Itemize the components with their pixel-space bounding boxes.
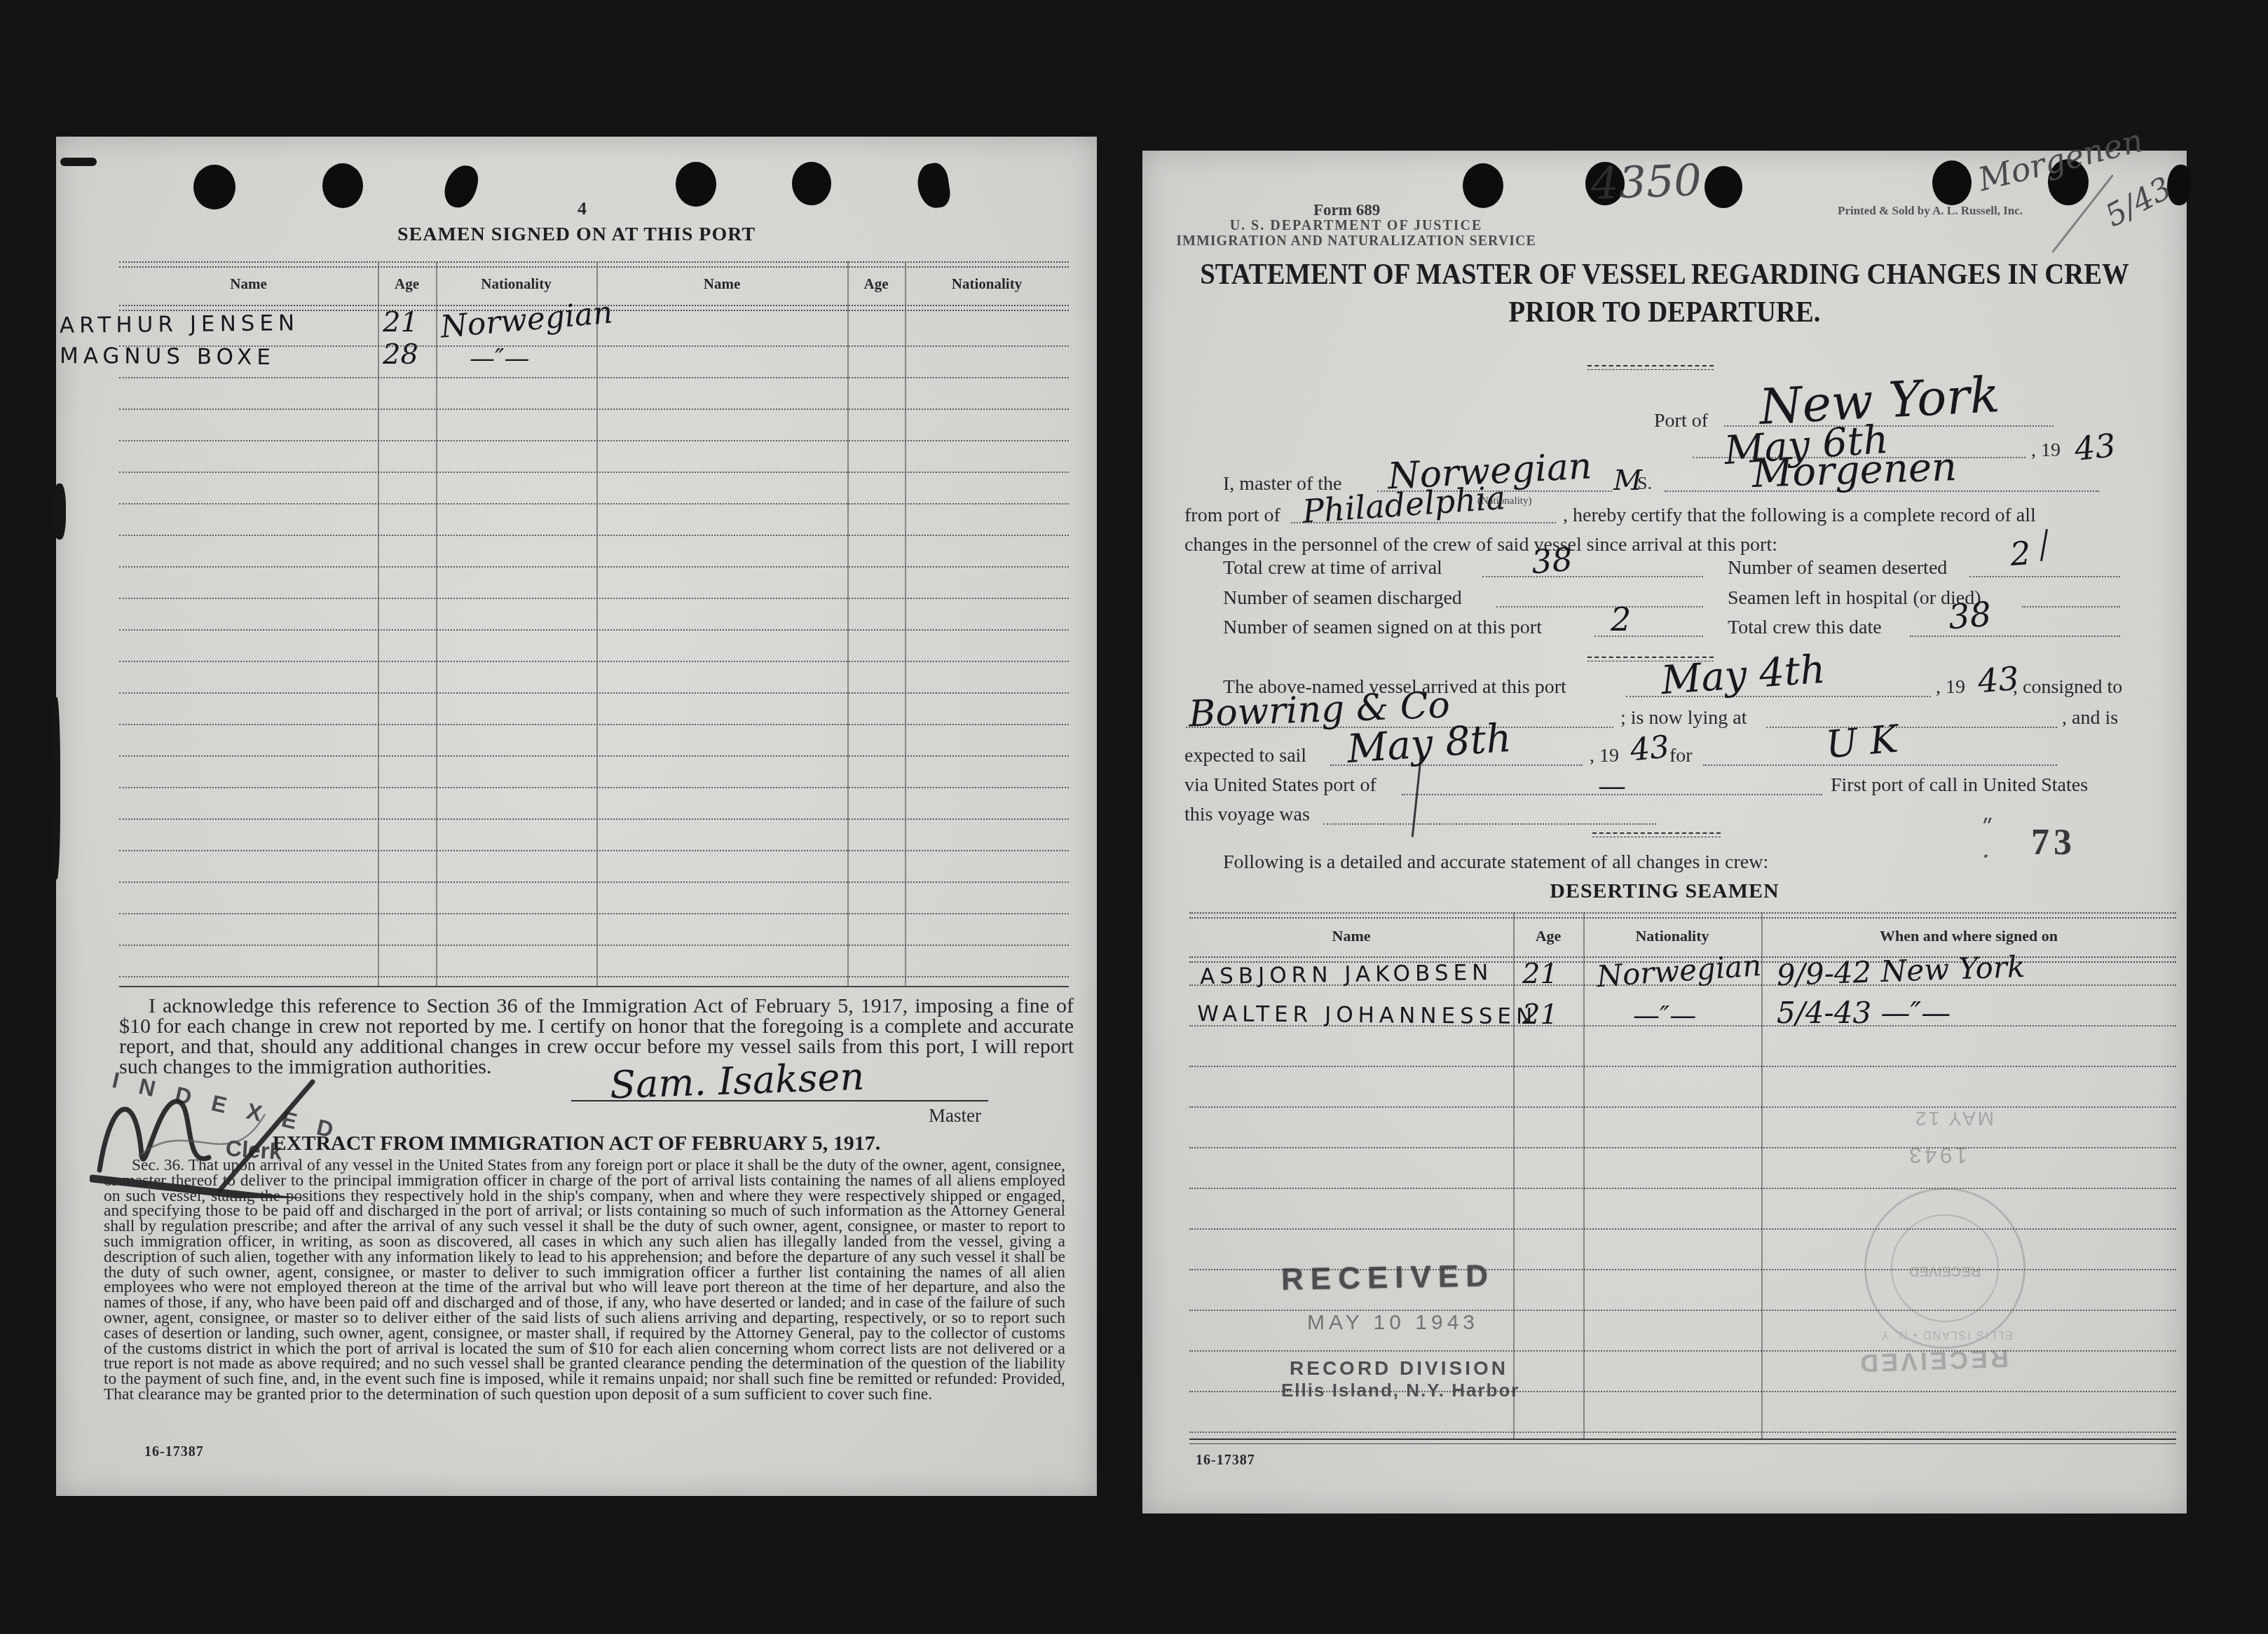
- stat-line: [1496, 606, 1703, 607]
- stat-label: Seamen left in hospital (or died): [1728, 587, 1981, 610]
- deserter-nationality: Norwegian: [1596, 948, 1763, 994]
- faint-stamp-month: MAY 12: [1913, 1107, 1994, 1130]
- scan-artifact: [60, 158, 97, 166]
- scan-artifact: [53, 483, 66, 540]
- received-stamp-line2: MAY 10 1943: [1307, 1311, 1479, 1335]
- column-header: Name: [119, 275, 378, 293]
- master-signature: Sam. Isaksen: [609, 1055, 865, 1108]
- stat-value: 2: [2009, 534, 2032, 573]
- port-label: Port of: [1654, 410, 1708, 432]
- empty-row-line: [1189, 1066, 2176, 1067]
- voyage-year-prefix: , 19: [1936, 676, 1965, 699]
- form-code: 16-17387: [144, 1444, 204, 1460]
- department-line1: U. S. DEPARTMENT OF JUSTICE: [1184, 218, 1528, 234]
- faint-stamp-center-text: RECEIVED: [1864, 1263, 2026, 1279]
- empty-row-line: [1189, 1432, 2176, 1433]
- punch-hole: [1463, 163, 1503, 208]
- crew-name: ARTHUR JENSEN: [60, 310, 300, 338]
- empty-row-line: [119, 755, 1069, 757]
- empty-row-line: [119, 661, 1069, 662]
- punch-hole: [1932, 160, 1972, 205]
- table-column-line: [1513, 912, 1515, 1439]
- first-port-label: First port of call in United States: [1831, 774, 2088, 797]
- sail-year-prefix: , 19: [1590, 745, 1619, 767]
- stat-line: [1969, 576, 2120, 577]
- empty-row-line: [119, 598, 1069, 599]
- destination-value: U K: [1824, 717, 1899, 767]
- voyage-consigned: , consigned to: [2013, 676, 2122, 699]
- faint-circular-stamp: ELLIS ISLAND • N. Y. RECEIVED: [1864, 1188, 2026, 1349]
- table-top-border: [119, 261, 1069, 268]
- empty-row-line: [119, 377, 1069, 378]
- punch-hole: [193, 165, 235, 210]
- left-page: 4 SEAMEN SIGNED ON AT THIS PORT Name Age…: [56, 137, 1097, 1496]
- signature-line: [571, 1100, 988, 1101]
- empty-row-line: [1189, 1188, 2176, 1189]
- empty-row-line: [119, 408, 1069, 410]
- empty-row-line: [1189, 1310, 2176, 1311]
- empty-row-line: [119, 692, 1069, 694]
- column-header: Nationality: [436, 275, 596, 293]
- column-header: Nationality: [905, 275, 1069, 293]
- column-header: Age: [847, 275, 905, 293]
- deserting-heading: DESERTING SEAMEN: [1550, 879, 1779, 903]
- vessel-value: Morgenen: [1751, 444, 1958, 497]
- empty-row-line: [1189, 1269, 2176, 1270]
- stat-label: Number of seamen deserted: [1728, 557, 1947, 579]
- empty-row-line: [119, 472, 1069, 473]
- and-is-label: , and is: [2062, 707, 2118, 729]
- table-column-line: [847, 261, 849, 987]
- via-port-value: —: [1598, 770, 1626, 802]
- empty-row-line: [1189, 1147, 2176, 1148]
- left-page-title: SEAMEN SIGNED ON AT THIS PORT: [397, 224, 756, 246]
- via-port-label: via United States port of: [1184, 774, 1376, 797]
- empty-row-line: [1189, 984, 2176, 986]
- table-top-border: [1189, 912, 2176, 919]
- ink-dots: ʺ·: [1982, 815, 1993, 871]
- handwritten-number: 4350: [1590, 154, 1702, 209]
- arrival-date-value: May 4th: [1660, 647, 1826, 703]
- table-column-line: [596, 261, 598, 987]
- column-header: Age: [1513, 927, 1583, 945]
- stat-value: 38: [1530, 540, 1574, 582]
- divider-rule: [1592, 832, 1721, 837]
- ship-prefix-printed: S.: [1637, 473, 1652, 494]
- punch-hole: [676, 162, 716, 207]
- certify-text: , hereby certify that the following is a…: [1563, 504, 2036, 527]
- stat-label: Number of seamen signed on at this port: [1223, 617, 1542, 639]
- stat-label: Total crew this date: [1728, 617, 1882, 639]
- stat-label: Number of seamen discharged: [1223, 587, 1462, 610]
- empty-row-line: [119, 503, 1069, 504]
- form-title-line2: PRIOR TO DEPARTURE.: [1509, 295, 1821, 329]
- empty-row-line: [119, 440, 1069, 441]
- empty-row-line: [119, 913, 1069, 914]
- stat-line: [1910, 636, 2120, 637]
- stat-label: Total crew at time of arrival: [1223, 557, 1442, 579]
- crew-nationality: Norwegian: [439, 294, 614, 345]
- acknowledgment-paragraph: I acknowledge this reference to Section …: [119, 996, 1074, 1077]
- column-header: Age: [378, 275, 436, 293]
- extract-heading: EXTRACT FROM IMMIGRATION ACT OF FEBRUARY…: [273, 1132, 881, 1155]
- form-number: Form 689: [1313, 201, 1380, 219]
- table-column-line: [1761, 912, 1763, 1439]
- punch-hole: [792, 162, 831, 205]
- expected-sail-label: expected to sail: [1184, 745, 1306, 767]
- faint-mirrored-received: RECEIVED: [1857, 1343, 2009, 1378]
- certify-text-line2: changes in the personnel of the crew of …: [1184, 534, 1777, 556]
- table-bottom-border: [1189, 1439, 2176, 1444]
- year-value: 43: [2072, 426, 2117, 468]
- stat-value: 2: [1611, 600, 1631, 638]
- year-prefix: , 19: [2031, 439, 2061, 462]
- crew-name: MAGNUS BOXE: [60, 343, 275, 370]
- table-bottom-border: [119, 986, 1069, 987]
- received-stamp-line3: RECORD DIVISION: [1290, 1357, 1508, 1380]
- received-stamp-line1: RECEIVED: [1281, 1258, 1496, 1297]
- punch-hole: [1705, 166, 1742, 208]
- empty-row-line: [119, 724, 1069, 725]
- empty-row-line: [1189, 1025, 2176, 1027]
- extract-body: Sec. 36. That upon arrival of any vessel…: [104, 1158, 1065, 1403]
- lying-at-label: ; is now lying at: [1620, 707, 1747, 729]
- column-header: Name: [596, 275, 847, 293]
- column-header: Name: [1189, 927, 1513, 945]
- empty-row-line: [1189, 1391, 2176, 1392]
- faint-stamp-year: 1943: [1906, 1142, 1967, 1168]
- destination-rule: [1703, 764, 2057, 766]
- punch-hole: [915, 161, 952, 210]
- page-number: 4: [578, 198, 587, 219]
- stat-line: [2022, 606, 2120, 607]
- empty-row-line: [119, 787, 1069, 788]
- empty-row-line: [1189, 1106, 2176, 1108]
- scan-artifact: [52, 697, 60, 879]
- empty-row-line: [119, 976, 1069, 977]
- from-port-label: from port of: [1184, 504, 1280, 527]
- crew-ditto: —″—: [470, 344, 529, 373]
- empty-row-line: [119, 535, 1069, 536]
- empty-row-line: [119, 945, 1069, 946]
- divider-rule: [1587, 365, 1714, 370]
- empty-row-line: [119, 881, 1069, 883]
- department-line2: IMMIGRATION AND NATURALIZATION SERVICE: [1167, 233, 1545, 249]
- printer-credit: Printed & Sold by A. L. Russell, Inc.: [1838, 204, 2023, 218]
- empty-row-line: [119, 566, 1069, 568]
- table-column-line: [436, 261, 437, 987]
- crew-age: 21: [383, 306, 418, 338]
- form-code: 16-17387: [1196, 1453, 1255, 1469]
- date-scribble: 5/43: [2100, 170, 2178, 234]
- signature-role: Master: [929, 1105, 981, 1127]
- table-column-line: [378, 261, 379, 987]
- crew-age: 28: [383, 338, 418, 371]
- punch-hole: [322, 163, 363, 208]
- empty-row-line: [1189, 1350, 2176, 1352]
- voyage-was-rule: [1323, 823, 1656, 825]
- empty-row-line: [119, 629, 1069, 631]
- voyage-was-label: this voyage was: [1184, 804, 1310, 826]
- lying-at-rule: [1766, 727, 2057, 728]
- empty-row-line: [119, 818, 1069, 820]
- column-header: Nationality: [1583, 927, 1761, 945]
- empty-row-line: [1189, 1228, 2176, 1230]
- sail-year-value: 43: [1628, 729, 1671, 769]
- stray-ink-stroke: [2040, 529, 2048, 561]
- form-title-line1: STATEMENT OF MASTER OF VESSEL REGARDING …: [1200, 257, 2129, 291]
- page-code: 73: [2031, 822, 2076, 863]
- right-page: Form 689 U. S. DEPARTMENT OF JUSTICE IMM…: [1142, 151, 2187, 1513]
- empty-row-line: [119, 345, 1069, 347]
- table-column-line: [905, 261, 906, 987]
- following-statement: Following is a detailed and accurate sta…: [1223, 851, 1768, 874]
- empty-row-line: [119, 850, 1069, 851]
- faint-stamp-ring-text: ELLIS ISLAND • N. Y.: [1864, 1328, 2026, 1340]
- column-header: When and where signed on: [1761, 927, 2176, 945]
- stat-line: [1482, 576, 1703, 577]
- table-column-line: [1583, 912, 1585, 1439]
- punch-hole: [441, 162, 481, 212]
- for-label: for: [1669, 745, 1693, 767]
- stat-value: 38: [1947, 594, 1993, 637]
